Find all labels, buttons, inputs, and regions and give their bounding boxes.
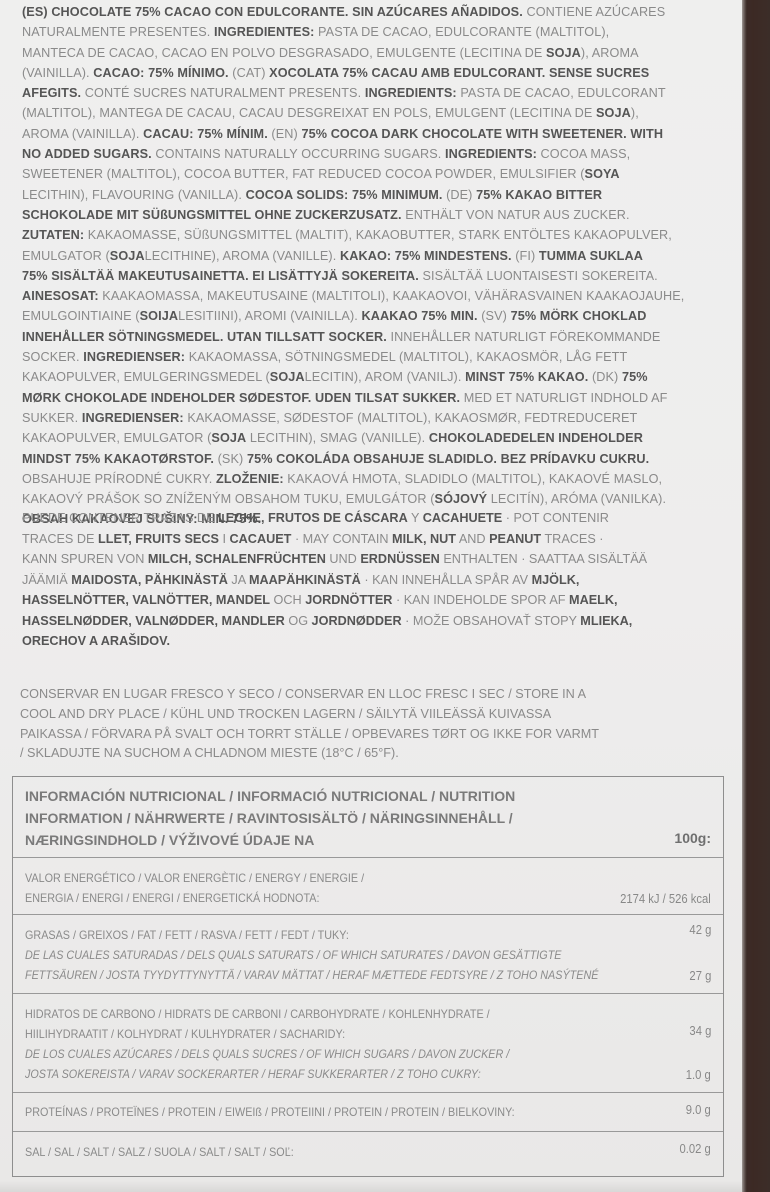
- nutrition-row-carbohydrate: HIDRATOS DE CARBONO / HIDRATS DE CARBONI…: [13, 993, 723, 1092]
- bold-text: LECHE, FRUTOS DE CÁSCARA: [218, 510, 408, 525]
- bold-text: KAKAO: 75% MINDESTENS.: [340, 248, 512, 263]
- regular-text: KAKAOVÁ HMOTA, SLADIDLO (MALTITOL), KAKA…: [284, 471, 662, 486]
- bold-text: INNEHÅLLER SÖTNINGSMEDEL. UTAN TILLSATT …: [22, 329, 387, 344]
- bold-text: INGREDIENTS:: [365, 85, 457, 100]
- regular-text: KAKAOMASSA, SÖTNINGSMEDEL (MALTITOL), KA…: [185, 349, 627, 364]
- nutrition-table: INFORMACIÓN NUTRICIONAL / INFORMACIÓ NUT…: [12, 776, 724, 1177]
- ingredients-line: SOCKER. INGREDIENSER: KAKAOMASSA, SÖTNIN…: [22, 347, 694, 367]
- regular-text: (SK): [214, 451, 247, 466]
- ingredients-line: SCHOKOLADE MIT SÜßUNGSMITTEL OHNE ZUCKER…: [22, 205, 694, 225]
- bold-text: (ES) CHOCOLATE 75% CACAO CON EDULCORANTE…: [22, 4, 523, 19]
- bold-text: SOJA: [211, 430, 246, 445]
- bold-text: MAELK,: [569, 592, 618, 607]
- allergens-line: KANN SPUREN VON MILCH, SCHALENFRÜCHTEN U…: [22, 549, 694, 570]
- regular-text: KAKAOMASSE, SÜßUNGSMITTEL (MALTIT), KAKA…: [84, 227, 672, 242]
- fat-value: 42 g: [689, 923, 711, 937]
- bold-text: SOJA: [546, 45, 581, 60]
- regular-text: (SV): [478, 308, 511, 323]
- storage-line: PAIKASSA / FÖRVARA PÅ SVALT OCH TORRT ST…: [20, 724, 692, 744]
- bold-text: MLIEKA,: [580, 613, 632, 628]
- saturates-label: DE LAS CUALES SATURADAS / DELS QUALS SAT…: [25, 945, 642, 965]
- regular-text: KANN SPUREN VON: [22, 551, 148, 566]
- regular-text: ),: [631, 105, 639, 120]
- nutrition-row-fat: GRASAS / GREIXOS / FAT / FETT / RASVA / …: [13, 914, 723, 993]
- bold-text: INGREDIENTS:: [445, 146, 537, 161]
- bold-text: MILK, NUT: [392, 531, 456, 546]
- regular-text: SOCKER.: [22, 349, 83, 364]
- regular-text: SUKKER.: [22, 410, 82, 425]
- bold-text: SOIJA: [140, 308, 178, 323]
- bold-text: XOCOLATA 75% CACAU AMB EDULCORANT. SENSE…: [269, 65, 649, 80]
- ingredients-line: EMULGOINTIAINE (SOIJALESITIINI), AROMI (…: [22, 306, 694, 326]
- storage-line: COOL AND DRY PLACE / KÜHL UND TROCKEN LA…: [20, 704, 692, 724]
- ingredients-line: MINDST 75% KAKAOTØRSTOF. (SK) 75% COKOLÁ…: [22, 449, 694, 469]
- regular-text: I: [219, 531, 230, 546]
- storage-line: / SKLADUJTE NA SUCHOM A CHLADNOM MIESTE …: [20, 743, 692, 763]
- ingredients-line: SUKKER. INGREDIENSER: KAKAOMASSE, SØDEST…: [22, 408, 694, 428]
- bold-text: CHOKOLADEDELEN INDEHOLDER: [429, 430, 643, 445]
- bold-text: SÓJOVÝ: [435, 491, 488, 506]
- allergens-block: PUEDE CONTENER TRAZAS DE LECHE, FRUTOS D…: [22, 508, 694, 652]
- bold-text: MILCH, SCHALENFRÜCHTEN: [148, 551, 326, 566]
- nutrition-row-protein: PROTEÍNAS / PROTEÏNES / PROTEIN / EIWEIß…: [13, 1092, 723, 1131]
- regular-text: EMULGOINTIAINE (: [22, 308, 140, 323]
- regular-text: INNEHÅLLER NATURLIGT FÖREKOMMANDE: [387, 329, 661, 344]
- regular-text: LECITHIN), FLAVOURING (VANILLA).: [22, 187, 246, 202]
- regular-text: SISÄLTÄÄ LUONTAISESTI SOKEREITA.: [419, 268, 658, 283]
- regular-text: CONTÉ SUCRES NATURALMENT PRESENTS.: [81, 85, 365, 100]
- ingredients-line: NO ADDED SUGARS. CONTAINS NATURALLY OCCU…: [22, 144, 694, 164]
- product-label: (ES) CHOCOLATE 75% CACAO CON EDULCORANTE…: [0, 0, 742, 1192]
- regular-text: LECITIN), AROM (VANILJ).: [305, 369, 465, 384]
- bold-text: 75% COKOLÁDA OBSAHUJE SLADIDLO. BEZ PRÍD…: [247, 451, 649, 466]
- ingredients-line: (VAINILLA). CACAO: 75% MÍNIMO. (CAT) XOC…: [22, 63, 694, 83]
- bold-text: COCOA SOLIDS: 75% MINIMUM.: [246, 187, 443, 202]
- bold-text: SOJA: [596, 105, 631, 120]
- bold-text: MJÖLK,: [532, 572, 580, 587]
- bold-text: SOYA: [585, 166, 620, 181]
- sugars-label: DE LOS CUALES AZÚCARES / DELS QUALS SUCR…: [25, 1044, 642, 1064]
- storage-line: CONSERVAR EN LUGAR FRESCO Y SECO / CONSE…: [20, 684, 692, 704]
- bold-text: 75% SISÄLTÄÄ MAKEUTUSAINETTA. EI LISÄTTY…: [22, 268, 419, 283]
- regular-text: · POT CONTENIR: [502, 510, 609, 525]
- bold-text: INGREDIENSER:: [83, 349, 185, 364]
- regular-text: NATURALMENTE PRESENTES.: [22, 24, 214, 39]
- regular-text: (MALTITOL), MANTEGA DE CACAU, CACAU DESG…: [22, 105, 596, 120]
- bold-text: HASSELNÖTTER, VALNÖTTER, MANDEL: [22, 592, 270, 607]
- allergens-line: HASSELNÖTTER, VALNÖTTER, MANDEL OCH JORD…: [22, 590, 694, 611]
- bold-text: MAIDOSTA, PÄHKINÄSTÄ: [71, 572, 228, 587]
- ingredients-line: NATURALMENTE PRESENTES. INGREDIENTES: PA…: [22, 22, 694, 42]
- regular-text: LECITÍN), ARÓMA (VANILKA).: [487, 491, 666, 506]
- bold-text: CACAO: 75% MÍNIMO.: [93, 65, 228, 80]
- bold-text: SOJA: [110, 248, 145, 263]
- per-100g-label: 100g:: [674, 827, 711, 849]
- ingredients-line: KAKAOPULVER, EMULGERINGSMEDEL (SOJALECIT…: [22, 367, 694, 387]
- regular-text: TRACES DE: [22, 531, 98, 546]
- ingredients-line: KAKAOVÝ PRÁŠOK SO ZNÍŽENÝM OBSAHOM TUKU,…: [22, 489, 694, 509]
- bold-text: 75% KAKAO BITTER: [476, 187, 602, 202]
- bold-text: JORDNÖTTER: [305, 592, 392, 607]
- bold-text: 75% COCOA DARK CHOCOLATE WITH SWEETENER.…: [301, 126, 663, 141]
- regular-text: · KAN INNEHÅLLA SPÅR AV: [361, 572, 532, 587]
- saturates-value: 27 g: [689, 969, 711, 983]
- bold-text: CACAUET: [230, 531, 292, 546]
- bold-text: SOJA: [270, 369, 305, 384]
- regular-text: LESITIINI), AROMI (VAINILLA).: [178, 308, 361, 323]
- allergens-line: ORECHOV A ARAŠIDOV.: [22, 631, 694, 652]
- regular-text: PASTA DE CACAO, EDULCORANT: [457, 85, 666, 100]
- regular-text: KAKAOVÝ PRÁŠOK SO ZNÍŽENÝM OBSAHOM TUKU,…: [22, 491, 435, 506]
- ingredients-line: AFEGITS. CONTÉ SUCRES NATURALMENT PRESEN…: [22, 83, 694, 103]
- regular-text: ENTHALTEN · SAATTAA SISÄLTÄÄ: [440, 551, 647, 566]
- saturates-label: FETTSÄUREN / JOSTA TYYDYTTYNYTTÄ / VARAV…: [25, 965, 642, 985]
- bold-text: INGREDIENSER:: [82, 410, 184, 425]
- regular-text: KAAKAOMASSA, MAKEUTUSAINE (MALTITOLI), K…: [99, 288, 685, 303]
- regular-text: MANTECA DE CACAO, CACAO EN POLVO DESGRAS…: [22, 45, 546, 60]
- regular-text: (EN): [268, 126, 302, 141]
- bold-text: INGREDIENTES:: [214, 24, 314, 39]
- regular-text: (VAINILLA).: [22, 65, 93, 80]
- carbohydrate-label: HIDRATOS DE CARBONO / HIDRATS DE CARBONI…: [25, 1004, 642, 1024]
- bold-text: MØRK CHOKOLADE INDEHOLDER SØDESTOF. UDEN…: [22, 390, 460, 405]
- regular-text: · KAN INDEHOLDE SPOR AF: [392, 592, 569, 607]
- energy-label: VALOR ENERGÉTICO / VALOR ENERGÈTIC / ENE…: [25, 868, 642, 888]
- regular-text: OBSAHUJE PRÍRODNÉ CUKRY.: [22, 471, 216, 486]
- allergens-line: PUEDE CONTENER TRAZAS DE LECHE, FRUTOS D…: [22, 508, 694, 529]
- energy-label: ENERGIA / ENERGI / ENERGI / ENERGETICKÁ …: [25, 888, 642, 908]
- carbohydrate-label: HIILIHYDRAATIT / KOLHYDRAT / KULHYDRATER…: [25, 1024, 642, 1044]
- ingredients-line: INNEHÅLLER SÖTNINGSMEDEL. UTAN TILLSATT …: [22, 327, 694, 347]
- bold-text: HASSELNØDDER, VALNØDDER, MANDLER: [22, 613, 285, 628]
- energy-value: 2174 kJ / 526 kcal: [620, 892, 711, 906]
- protein-label: PROTEÍNAS / PROTEÏNES / PROTEIN / EIWEIß…: [25, 1102, 642, 1122]
- label-bottom-edge: [0, 1180, 742, 1192]
- regular-text: MED ET NATURLIGT INDHOLD AF: [460, 390, 667, 405]
- ingredients-line: OBSAHUJE PRÍRODNÉ CUKRY. ZLOŽENIE: KAKAO…: [22, 469, 694, 489]
- ingredients-line: (ES) CHOCOLATE 75% CACAO CON EDULCORANTE…: [22, 2, 694, 22]
- bold-text: 75%: [622, 369, 648, 384]
- ingredients-line: SWEETENER (MALTITOL), COCOA BUTTER, FAT …: [22, 164, 694, 184]
- regular-text: AND: [456, 531, 489, 546]
- allergens-line: TRACES DE LLET, FRUITS SECS I CACAUET · …: [22, 529, 694, 550]
- bold-text: CACAHUETE: [423, 510, 502, 525]
- regular-text: COCOA MASS,: [537, 146, 630, 161]
- bold-text: CACAU: 75% MÍNIM.: [143, 126, 268, 141]
- ingredients-line: LECITHIN), FLAVOURING (VANILLA). COCOA S…: [22, 185, 694, 205]
- bold-text: JORDNØDDER: [312, 613, 402, 628]
- regular-text: KAKAOPULVER, EMULGATOR (: [22, 430, 211, 445]
- ingredients-line: 75% SISÄLTÄÄ MAKEUTUSAINETTA. EI LISÄTTY…: [22, 266, 694, 286]
- regular-text: AROMA (VAINILLA).: [22, 126, 143, 141]
- regular-text: KAKAOMASSE, SØDESTOF (MALTITOL), KAKAOSM…: [184, 410, 638, 425]
- nutrition-title-line: INFORMATION / NÄHRWERTE / RAVINTOSISÄLTÖ…: [25, 807, 711, 829]
- regular-text: UND: [326, 551, 360, 566]
- regular-text: CONTIENE AZÚCARES: [523, 4, 665, 19]
- bold-text: MAAPÄHKINÄSTÄ: [249, 572, 361, 587]
- bold-text: KAAKAO 75% MIN.: [362, 308, 478, 323]
- regular-text: TRACES ·: [541, 531, 603, 546]
- regular-text: LECITHINE), AROMA (VANILLE).: [145, 248, 340, 263]
- bold-text: ZLOŽENIE:: [216, 471, 284, 486]
- storage-instructions: CONSERVAR EN LUGAR FRESCO Y SECO / CONSE…: [20, 684, 692, 763]
- ingredients-line: EMULGATOR (SOJALECITHINE), AROMA (VANILL…: [22, 246, 694, 266]
- nutrition-row-salt: SAL / SAL / SALT / SALZ / SUOLA / SALT /…: [13, 1131, 723, 1176]
- bold-text: ZUTATEN:: [22, 227, 84, 242]
- bold-text: LLET, FRUITS SECS: [98, 531, 219, 546]
- bold-text: ERDNÜSSEN: [360, 551, 440, 566]
- ingredients-line: MØRK CHOKOLADE INDEHOLDER SØDESTOF. UDEN…: [22, 388, 694, 408]
- ingredients-block: (ES) CHOCOLATE 75% CACAO CON EDULCORANTE…: [22, 2, 694, 530]
- bold-text: PEANUT: [489, 531, 541, 546]
- regular-text: (CAT): [229, 65, 270, 80]
- salt-label: SAL / SAL / SALT / SALZ / SUOLA / SALT /…: [25, 1142, 642, 1162]
- ingredients-line: AINESOSAT: KAAKAOMASSA, MAKEUTUSAINE (MA…: [22, 286, 694, 306]
- sugars-value: 1.0 g: [686, 1068, 711, 1082]
- regular-text: PUEDE CONTENER TRAZAS DE: [22, 510, 218, 525]
- regular-text: ENTHÄLT VON NATUR AUS ZUCKER.: [402, 207, 630, 222]
- allergens-line: HASSELNØDDER, VALNØDDER, MANDLER OG JORD…: [22, 611, 694, 632]
- fat-label: GRASAS / GREIXOS / FAT / FETT / RASVA / …: [25, 925, 642, 945]
- regular-text: ), AROMA: [581, 45, 639, 60]
- nutrition-row-energy: VALOR ENERGÉTICO / VALOR ENERGÈTIC / ENE…: [13, 857, 723, 914]
- regular-text: PASTA DE CACAO, EDULCORANTE (MALTITOL),: [314, 24, 609, 39]
- regular-text: LECITHIN), SMAG (VANILLE).: [246, 430, 429, 445]
- nutrition-title-line: NÆRINGSINDHOLD / VÝŽIVOVÉ ÚDAJE NA: [25, 829, 711, 851]
- ingredients-line: MANTECA DE CACAO, CACAO EN POLVO DESGRAS…: [22, 43, 694, 63]
- background-edge: [742, 0, 770, 1192]
- regular-text: (FI): [512, 248, 539, 263]
- regular-text: JA: [228, 572, 249, 587]
- bold-text: AINESOSAT:: [22, 288, 99, 303]
- ingredients-line: KAKAOPULVER, EMULGATOR (SOJA LECITHIN), …: [22, 428, 694, 448]
- regular-text: · MOŽE OBSAHOVAŤ STOPY: [402, 613, 581, 628]
- regular-text: (DK): [588, 369, 622, 384]
- bold-text: SCHOKOLADE MIT SÜßUNGSMITTEL OHNE ZUCKER…: [22, 207, 402, 222]
- sugars-label: JOSTA SOKEREISTA / VARAV SOCKERARTER / H…: [25, 1064, 642, 1084]
- bold-text: MINST 75% KAKAO.: [465, 369, 588, 384]
- regular-text: OG: [285, 613, 312, 628]
- regular-text: · MAY CONTAIN: [291, 531, 392, 546]
- carbohydrate-value: 34 g: [689, 1024, 711, 1038]
- regular-text: (DE): [442, 187, 476, 202]
- salt-value: 0.02 g: [680, 1142, 711, 1156]
- protein-value: 9.0 g: [686, 1103, 711, 1117]
- ingredients-line: (MALTITOL), MANTEGA DE CACAU, CACAU DESG…: [22, 103, 694, 123]
- bold-text: AFEGITS.: [22, 85, 81, 100]
- allergens-line: JÄÄMIÄ MAIDOSTA, PÄHKINÄSTÄ JA MAAPÄHKIN…: [22, 570, 694, 591]
- bold-text: ORECHOV A ARAŠIDOV.: [22, 633, 170, 648]
- regular-text: EMULGATOR (: [22, 248, 110, 263]
- regular-text: KAKAOPULVER, EMULGERINGSMEDEL (: [22, 369, 270, 384]
- ingredients-line: ZUTATEN: KAKAOMASSE, SÜßUNGSMITTEL (MALT…: [22, 225, 694, 245]
- nutrition-header: INFORMACIÓN NUTRICIONAL / INFORMACIÓ NUT…: [13, 777, 723, 857]
- bold-text: NO ADDED SUGARS.: [22, 146, 152, 161]
- regular-text: SWEETENER (MALTITOL), COCOA BUTTER, FAT …: [22, 166, 585, 181]
- regular-text: JÄÄMIÄ: [22, 572, 71, 587]
- bold-text: TUMMA SUKLAA: [539, 248, 643, 263]
- nutrition-title-line: INFORMACIÓN NUTRICIONAL / INFORMACIÓ NUT…: [25, 785, 711, 807]
- regular-text: OCH: [270, 592, 305, 607]
- regular-text: Y: [408, 510, 423, 525]
- bold-text: MINDST 75% KAKAOTØRSTOF.: [22, 451, 214, 466]
- bold-text: 75% MÖRK CHOKLAD: [511, 308, 647, 323]
- ingredients-line: AROMA (VAINILLA). CACAU: 75% MÍNIM. (EN)…: [22, 124, 694, 144]
- regular-text: CONTAINS NATURALLY OCCURRING SUGARS.: [152, 146, 445, 161]
